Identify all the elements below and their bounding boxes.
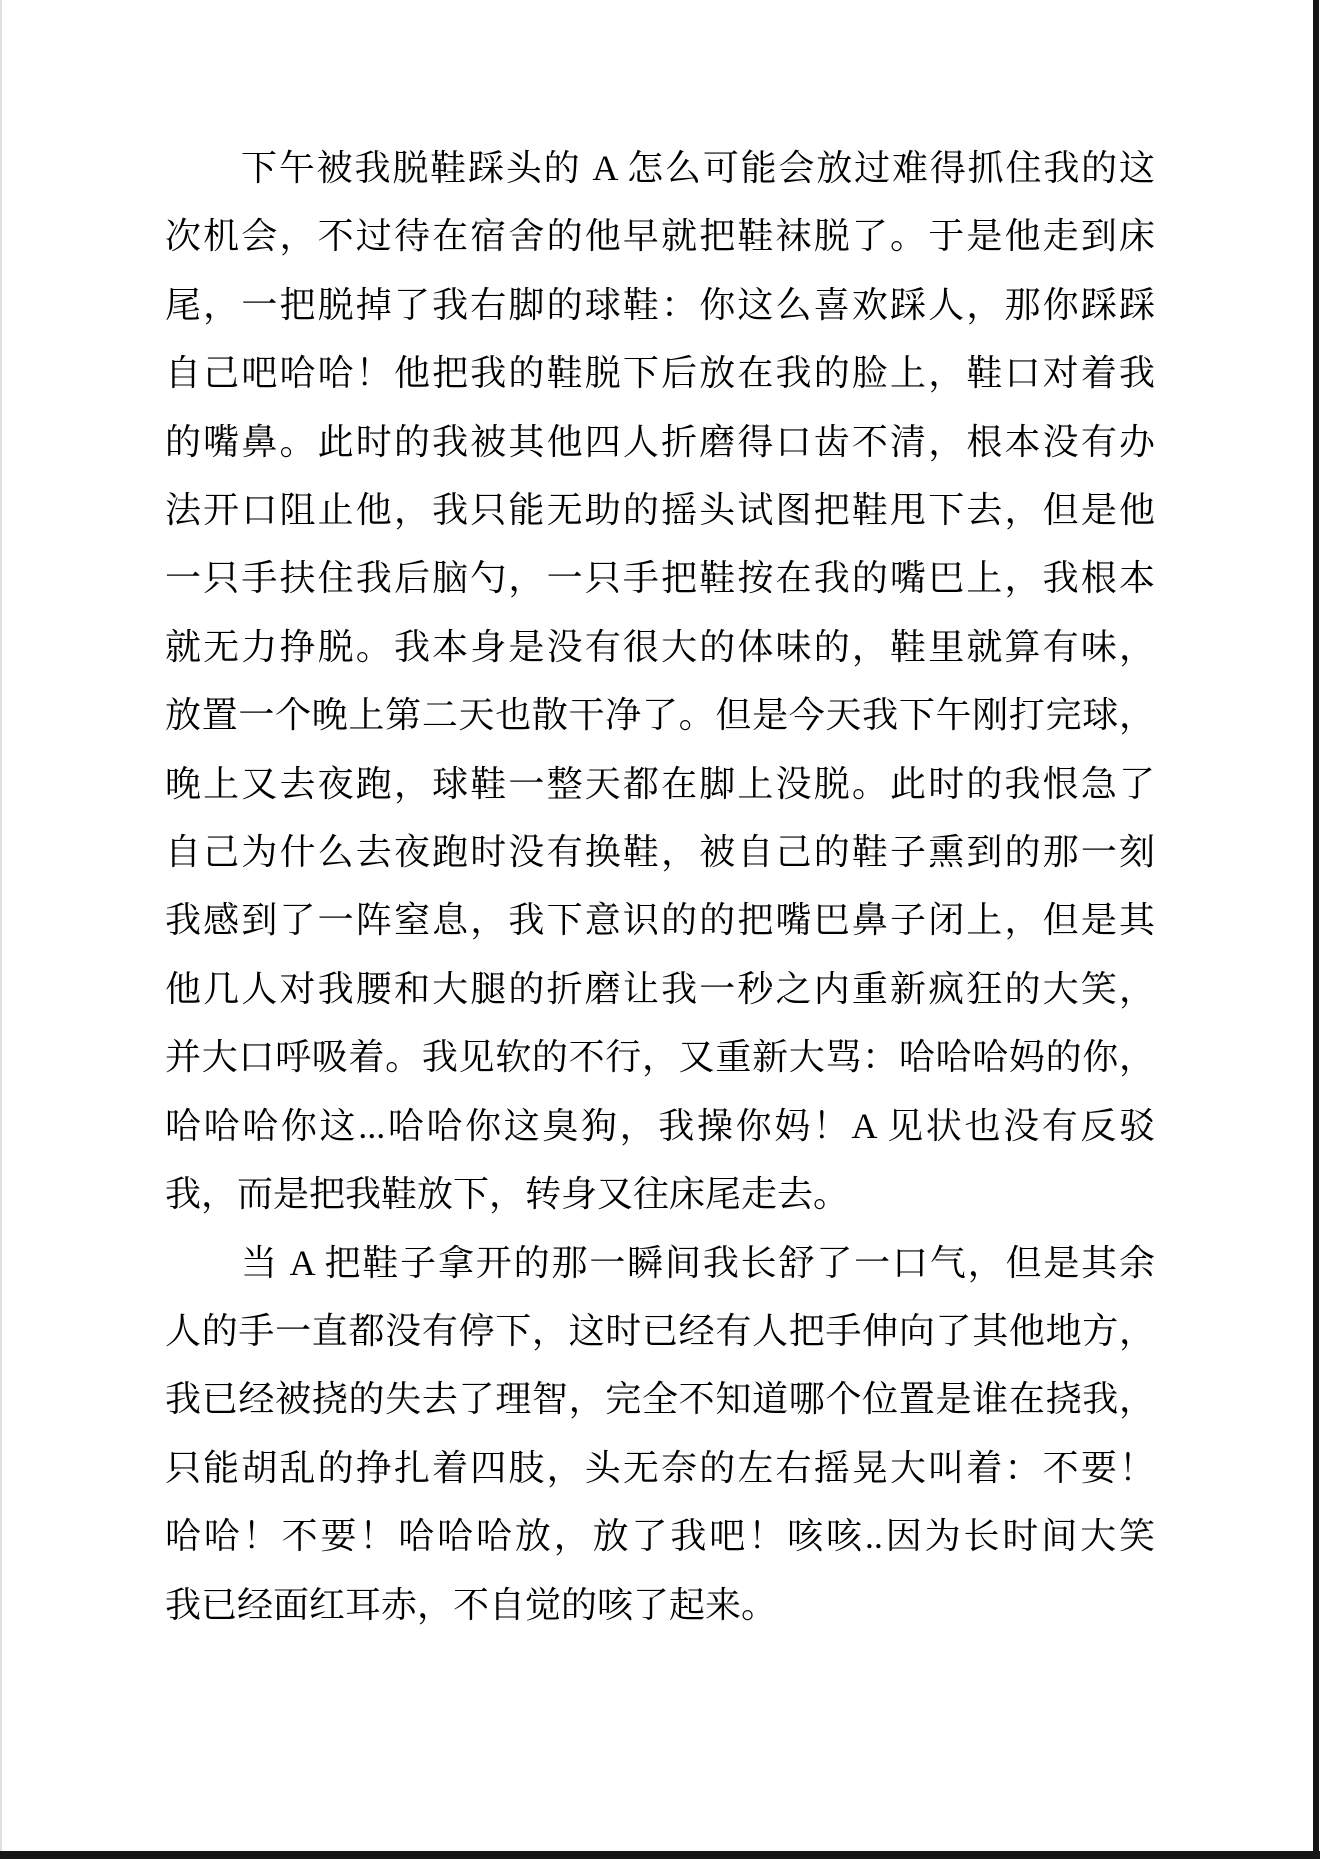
document-body: 下午被我脱鞋踩头的 A 怎么可能会放过难得抓住我的这次机会，不过待在宿舍的他早就… [165, 134, 1155, 1639]
text-line: 尾，一把脱掉了我右脚的球鞋：你这么喜欢踩人，那你踩踩 [165, 271, 1155, 339]
text-line: 他几人对我腰和大腿的折磨让我一秒之内重新疯狂的大笑， [165, 955, 1155, 1023]
text-line: 哈哈！不要！哈哈哈放，放了我吧！咳咳..因为长时间大笑 [165, 1502, 1155, 1570]
page-edge-bottom [0, 1851, 1320, 1859]
text-line: 自己吧哈哈！他把我的鞋脱下后放在我的脸上，鞋口对着我 [165, 339, 1155, 407]
text-line: 的嘴鼻。此时的我被其他四人折磨得口齿不清，根本没有办 [165, 408, 1155, 476]
text-line: 当 A 把鞋子拿开的那一瞬间我长舒了一口气，但是其余 [165, 1229, 1155, 1297]
text-line: 法开口阻止他，我只能无助的摇头试图把鞋甩下去，但是他 [165, 476, 1155, 544]
text-line: 并大口呼吸着。我见软的不行，又重新大骂：哈哈哈妈的你， [165, 1023, 1155, 1091]
document-page: 下午被我脱鞋踩头的 A 怎么可能会放过难得抓住我的这次机会，不过待在宿舍的他早就… [0, 0, 1320, 1859]
page-edge-right [1313, 0, 1319, 1859]
text-line: 人的手一直都没有停下，这时已经有人把手伸向了其他地方， [165, 1297, 1155, 1365]
text-line: 放置一个晚上第二天也散干净了。但是今天我下午刚打完球， [165, 681, 1155, 749]
text-line: 我，而是把我鞋放下，转身又往床尾走去。 [165, 1160, 1155, 1228]
text-line: 就无力挣脱。我本身是没有很大的体味的，鞋里就算有味， [165, 613, 1155, 681]
text-line: 一只手扶住我后脑勺，一只手把鞋按在我的嘴巴上，我根本 [165, 544, 1155, 612]
text-line: 哈哈哈你这...哈哈你这臭狗，我操你妈！A 见状也没有反驳 [165, 1092, 1155, 1160]
paragraph: 当 A 把鞋子拿开的那一瞬间我长舒了一口气，但是其余人的手一直都没有停下，这时已… [165, 1229, 1155, 1639]
paragraph: 下午被我脱鞋踩头的 A 怎么可能会放过难得抓住我的这次机会，不过待在宿舍的他早就… [165, 134, 1155, 1229]
text-line: 次机会，不过待在宿舍的他早就把鞋袜脱了。于是他走到床 [165, 202, 1155, 270]
text-line: 自己为什么去夜跑时没有换鞋，被自己的鞋子熏到的那一刻 [165, 818, 1155, 886]
text-line: 晚上又去夜跑，球鞋一整天都在脚上没脱。此时的我恨急了 [165, 750, 1155, 818]
text-line: 下午被我脱鞋踩头的 A 怎么可能会放过难得抓住我的这 [165, 134, 1155, 202]
text-line: 我感到了一阵窒息，我下意识的的把嘴巴鼻子闭上，但是其 [165, 886, 1155, 954]
text-line: 我已经被挠的失去了理智，完全不知道哪个位置是谁在挠我， [165, 1365, 1155, 1433]
text-line: 只能胡乱的挣扎着四肢，头无奈的左右摇晃大叫着：不要！ [165, 1434, 1155, 1502]
text-line: 我已经面红耳赤，不自觉的咳了起来。 [165, 1571, 1155, 1639]
page-edge-left [0, 0, 2, 1859]
